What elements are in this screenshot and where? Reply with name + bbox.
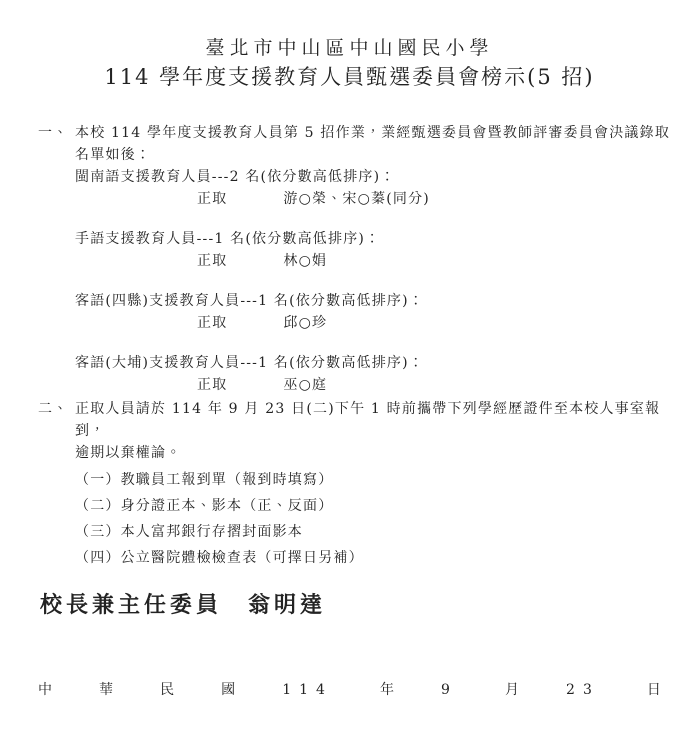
- rank-label: 正取: [197, 374, 227, 396]
- date-segment: 年: [380, 679, 394, 699]
- result-winner-row: 正取 游○榮、宋○蓁(同分): [75, 188, 671, 210]
- result-winner-row: 正取 邱○珍: [75, 312, 671, 334]
- admitted-names: 林○娟: [283, 250, 327, 272]
- date-segment: 日: [647, 679, 661, 699]
- checklist-item: （二）身分證正本、影本（正、反面）: [75, 493, 671, 519]
- admitted-names: 邱○珍: [283, 312, 327, 334]
- date-segment-day: 23: [566, 682, 600, 698]
- result-category: 手語支援教育人員---1 名(依分數高低排序)：: [75, 228, 671, 250]
- result-category: 客語(四縣)支援教育人員---1 名(依分數高低排序)：: [75, 290, 671, 312]
- section-one-intro-line1: 本校 114 學年度支援教育人員第 5 招作業，業經甄選委員會暨教師評審委員會決…: [75, 122, 671, 144]
- section-instructions: 二、 正取人員請於 114 年 9 月 23 日(二)下午 1 時前攜帶下列學經…: [38, 398, 671, 571]
- date-segment: 中: [38, 679, 52, 699]
- rank-label: 正取: [197, 188, 227, 210]
- announcement-title: 114 學年度支援教育人員甄選委員會榜示(5 招): [0, 61, 699, 91]
- result-block-minnan: 閩南語支援教育人員---2 名(依分數高低排序)： 正取 游○榮、宋○蓁(同分): [75, 166, 671, 210]
- rank-label: 正取: [197, 250, 227, 272]
- admitted-names: 游○榮、宋○蓁(同分): [283, 188, 430, 210]
- result-block-hakka-sixian: 客語(四縣)支援教育人員---1 名(依分數高低排序)： 正取 邱○珍: [75, 290, 671, 334]
- result-block-hakka-dapu: 客語(大埔)支援教育人員---1 名(依分數高低排序)： 正取 巫○庭: [75, 352, 671, 396]
- checklist-item: （一）教職員工報到單（報到時填寫）: [75, 467, 671, 493]
- rank-label: 正取: [197, 312, 227, 334]
- checklist-item: （四）公立醫院體檢檢查表（可擇日另補）: [75, 545, 671, 571]
- section-results: 一、 本校 114 學年度支援教育人員第 5 招作業，業經甄選委員會暨教師評審委…: [38, 122, 671, 396]
- announcement-page: 臺北市中山區中山國民小學 114 學年度支援教育人員甄選委員會榜示(5 招) 一…: [0, 0, 699, 748]
- date-segment-month: 9: [441, 682, 458, 698]
- date-segment-year: 114: [282, 682, 333, 698]
- date-segment: 民: [160, 679, 174, 699]
- section-two-line2: 逾期以棄權論。: [75, 442, 671, 464]
- result-winner-row: 正取 林○娟: [75, 250, 671, 272]
- section-one-marker: 一、: [38, 122, 75, 144]
- date-segment: 月: [505, 679, 519, 699]
- result-block-sign-language: 手語支援教育人員---1 名(依分數高低排序)： 正取 林○娟: [75, 228, 671, 272]
- roc-date-line: 中 華 民 國 114 年 9 月 23 日: [38, 679, 661, 699]
- section-one-intro-line2: 名單如後：: [75, 144, 671, 166]
- checklist-item: （三）本人富邦銀行存摺封面影本: [75, 519, 671, 545]
- school-name: 臺北市中山區中山國民小學: [0, 33, 699, 60]
- date-segment: 國: [221, 679, 235, 699]
- result-winner-row: 正取 巫○庭: [75, 374, 671, 396]
- result-category: 客語(大埔)支援教育人員---1 名(依分數高低排序)：: [75, 352, 671, 374]
- document-checklist: （一）教職員工報到單（報到時填寫） （二）身分證正本、影本（正、反面） （三）本…: [75, 467, 671, 571]
- principal-signature: 校長兼主任委員 翁明達: [40, 588, 326, 619]
- admitted-names: 巫○庭: [283, 374, 327, 396]
- section-two-marker: 二、: [38, 398, 75, 420]
- result-category: 閩南語支援教育人員---2 名(依分數高低排序)：: [75, 166, 671, 188]
- date-segment: 華: [99, 679, 113, 699]
- section-two-line1: 正取人員請於 114 年 9 月 23 日(二)下午 1 時前攜帶下列學經歷證件…: [75, 398, 671, 442]
